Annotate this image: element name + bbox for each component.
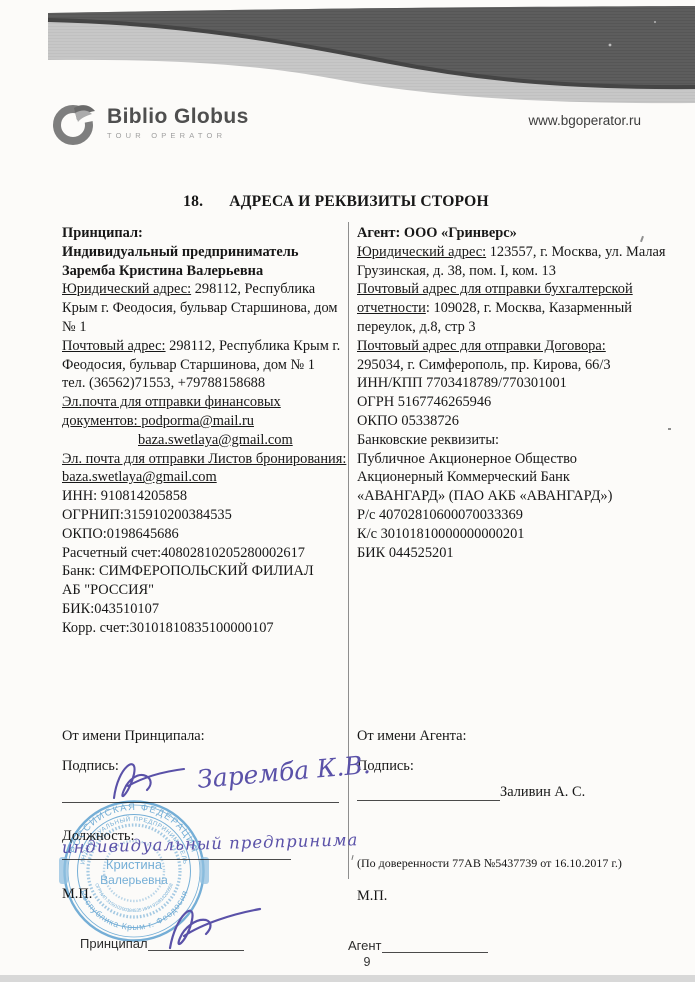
stamp-ribbon-left	[59, 857, 68, 884]
column-divider	[348, 222, 349, 879]
principal-finance-email: Эл.почта для отправки финансовых докумен…	[62, 393, 347, 449]
agent-contract-address: Почтовый адрес для отправки Договора:295…	[357, 337, 687, 375]
agent-okpo: ОКПО 05338726	[357, 412, 687, 431]
logo-name: Biblio Globus	[107, 106, 249, 128]
agent-ogrn: ОГРН 5167746265946	[357, 393, 687, 412]
agent-ks: К/с 30101810000000000201	[357, 525, 687, 544]
agent-accounting-address: Почтовый адрес для отправки бухгалтерско…	[357, 280, 687, 336]
principal-entity: Индивидуальный предприниматель	[62, 243, 347, 262]
principal-signature-line	[62, 788, 339, 803]
section-number: 18.	[183, 193, 203, 210]
principal-bank-line2: АБ "РОССИЯ"	[62, 581, 347, 600]
footer-agent-line	[382, 940, 488, 953]
agent-signature-line	[357, 786, 500, 801]
principal-signature-heading: От имени Принципала:	[62, 728, 205, 745]
footer-principal-line	[148, 938, 244, 951]
agent-signature-label: Подпись:	[357, 758, 414, 775]
notary-stamp: РОССИЙСКАЯ ФЕДЕРАЦИЯ ИНДИВИДУАЛЬНЫЙ ПРЕД…	[58, 797, 210, 947]
principal-column: Принципал: Индивидуальный предпринимател…	[62, 224, 347, 638]
agent-role-label: Агент: ООО «Гринверс»	[357, 224, 687, 243]
principal-role-label: Принципал:	[62, 224, 347, 243]
agent-bank-name1: Публичное Акционерное Общество	[357, 450, 687, 469]
scan-tick-mark	[351, 855, 353, 860]
logo-tagline: TOUR OPERATOR	[107, 131, 249, 140]
principal-person: Заремба Кристина Валерьевна	[62, 262, 347, 281]
svg-text:Республика Крым г. Феодосия: Республика Крым г. Феодосия	[78, 888, 190, 932]
agent-signer-name: Заливин А. С.	[500, 784, 585, 801]
principal-position-line	[62, 845, 291, 860]
principal-legal-address: Юридический адрес: 298112, Республика Кр…	[62, 280, 347, 336]
agent-stamp-label: М.П.	[357, 888, 387, 905]
principal-corr: Корр. счет:30101810835100000107	[62, 619, 347, 638]
agent-bank-details-label: Банковские реквизиты:	[357, 431, 687, 450]
section-title-text: АДРЕСА И РЕКВИЗИТЫ СТОРОН	[229, 193, 489, 210]
principal-account: Расчетный счет:40802810205280002617	[62, 544, 347, 563]
biblio-globus-logo: Biblio Globus TOUR OPERATOR	[52, 100, 249, 146]
principal-inn: ИНН: 910814205858	[62, 487, 347, 506]
scan-edge-strip	[0, 975, 695, 982]
principal-ogrnip: ОГРНИП:315910200384535	[62, 506, 347, 525]
stamp-ribbon-right	[200, 857, 209, 884]
principal-bank-line1: Банк: СИМФЕРОПОЛЬСКИЙ ФИЛИАЛ	[62, 562, 347, 581]
principal-finance-email-extra: baza.swetlaya@gmail.com	[62, 431, 347, 450]
agent-inn-kpp: ИНН/КПП 7703418789/770301001	[357, 374, 687, 393]
attorney-note: (По доверенности 77АВ №5437739 от 16.10.…	[357, 856, 622, 871]
agent-bank-name3: «АВАНГАРД» (ПАО АКБ «АВАНГАРД»)	[357, 487, 687, 506]
agent-bank-name2: Акционерный Коммерческий Банк	[357, 468, 687, 487]
principal-okpo: ОКПО:0198645686	[62, 525, 347, 544]
scanned-contract-page: Biblio Globus TOUR OPERATOR www.bgoperat…	[0, 0, 695, 982]
agent-signature-heading: От имени Агента:	[357, 728, 467, 745]
stamp-ring-numbers: ОГРНИП 315910200384535 ИНН 910814205858	[94, 882, 174, 913]
stamp-center-name2: Валерьевна	[100, 873, 168, 887]
principal-signature-label: Подпись:	[62, 758, 119, 775]
agent-bik: БИК 044525201	[357, 544, 687, 563]
principal-booking-email: Эл. почта для отправки Листов бронирован…	[62, 450, 347, 488]
globus-logo-icon	[52, 100, 98, 146]
principal-postal-address: Почтовый адрес: 298112, Республика Крым …	[62, 337, 347, 375]
footer-agent: Агент	[348, 938, 488, 953]
principal-stamp-label: М.П.	[62, 886, 92, 903]
agent-rs: Р/с 40702810600070033369	[357, 506, 687, 525]
principal-phone: тел. (36562)71553, +79788158688	[62, 374, 347, 393]
page-number: 9	[352, 955, 382, 969]
scan-speck	[668, 428, 671, 430]
agent-legal-address: Юридический адрес: 123557, г. Москва, ул…	[357, 243, 687, 281]
website-url: www.bgoperator.ru	[528, 113, 641, 128]
principal-bik: БИК:043510107	[62, 600, 347, 619]
stamp-ring-bottom-text: Республика Крым г. Феодосия	[78, 888, 190, 932]
section-title: 18.АДРЕСА И РЕКВИЗИТЫ СТОРОН	[0, 193, 672, 211]
footer-principal: Принципал	[80, 936, 244, 951]
svg-text:ОГРНИП 315910200384535 ИНН 91: ОГРНИП 315910200384535 ИНН 910814205858	[94, 882, 174, 913]
agent-column: Агент: ООО «Гринверс» Юридический адрес:…	[357, 224, 687, 562]
